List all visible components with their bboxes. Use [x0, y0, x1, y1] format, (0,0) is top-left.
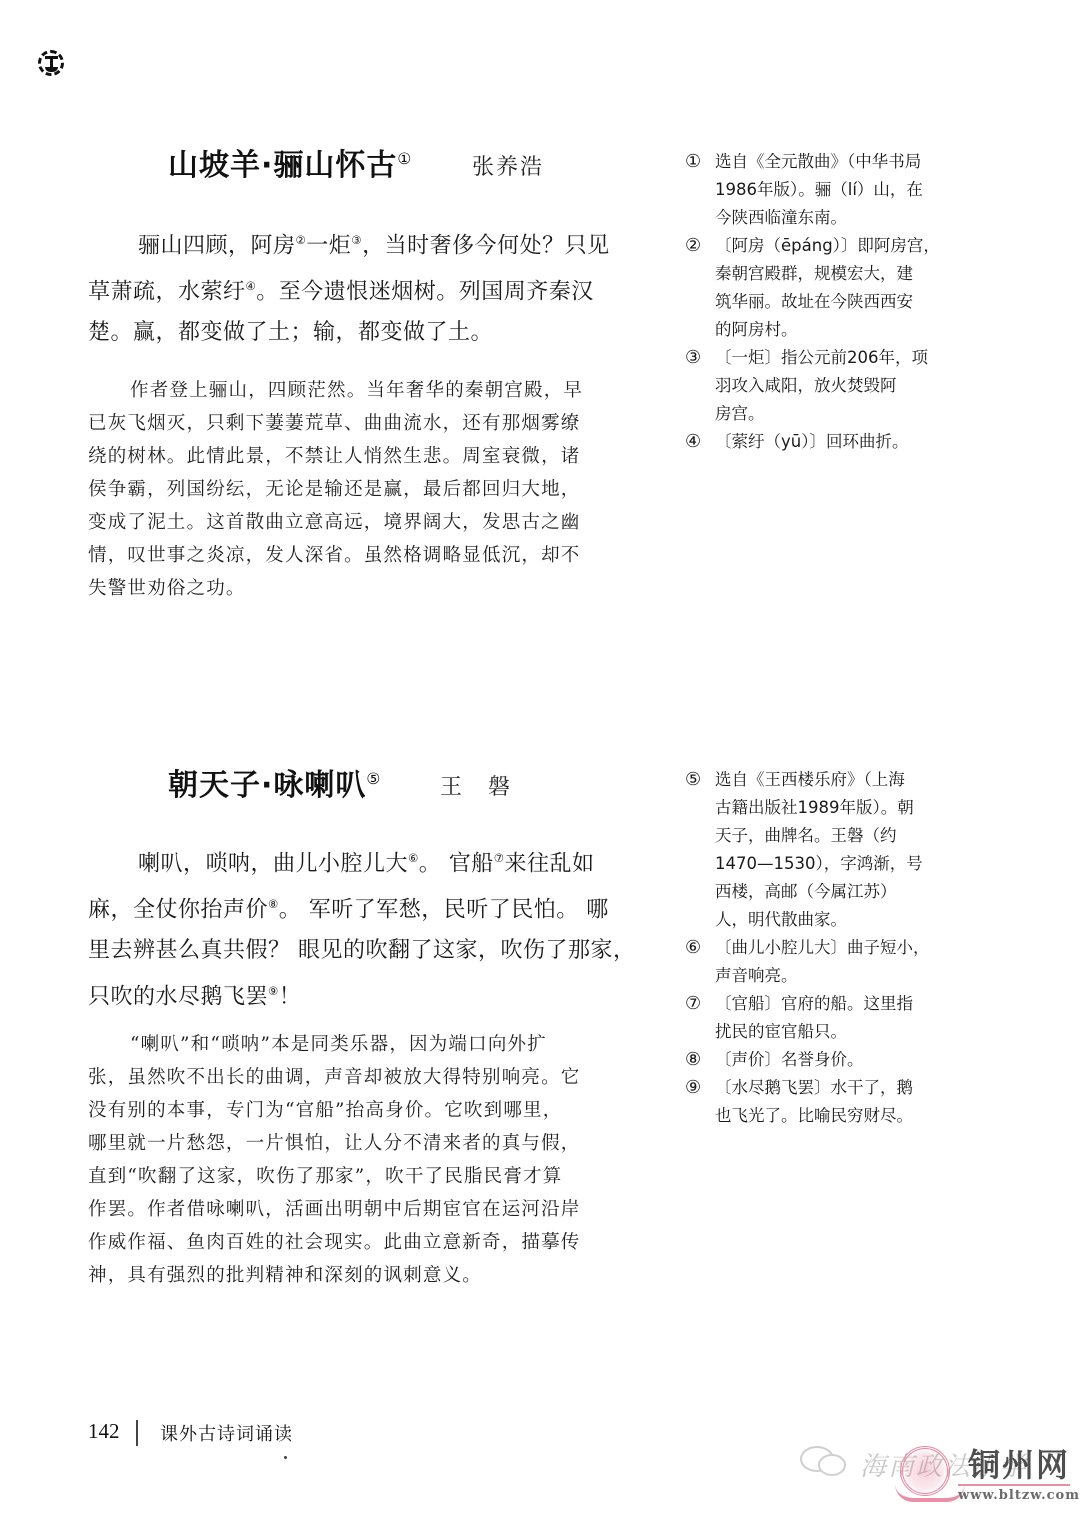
page-number: 142 — [88, 1419, 120, 1444]
commentary-line: 直到“吹翻了这家，吹伤了那家”，吹干了民脂民膏才算 — [88, 1160, 648, 1193]
commentary-line: 作罢。作者借咏喇叭，活画出明朝中后期宦官在运河沿岸 — [88, 1193, 648, 1226]
footnote-marker[interactable]: ⑨ — [268, 984, 279, 998]
commentary-line: 作者登上骊山，四顾茫然。当年奢华的秦朝宫殿，早 — [88, 374, 648, 407]
footnote-marker[interactable]: ④ — [246, 279, 257, 293]
footnote-marker[interactable]: ③ — [351, 233, 362, 247]
commentary-line: 侯争霸，列国纷纭，无论是输还是赢，最后都回归大地， — [88, 473, 648, 506]
commentary-line: 没有别的本事，专门为“官船”抬高身价。它吹到哪里， — [88, 1094, 648, 1127]
book-title: 课外古诗词诵读 — [160, 1420, 293, 1446]
footnote-3: ③ 〔一炬〕指公元前206年，项 羽攻入咸阳，放火焚毁阿 房宫。 — [685, 344, 955, 428]
commentary-line: 绕的树林。此情此景，不禁让人悄然生悲。周室衰微，诸 — [88, 440, 648, 473]
footnote-1: ① 选自《全元散曲》（中华书局 1986年版）。骊（lí）山，在 今陕西临潼东南… — [685, 148, 955, 232]
watermark: 海南政法小学 铜州网 www.bltzw.com — [800, 1440, 1080, 1518]
watermark-url: www.bltzw.com — [958, 1488, 1080, 1503]
footnotes: ⑤ 选自《王西楼乐府》（上海 古籍出版社1989年版）。朝 天子，曲牌名。王磐（… — [685, 766, 955, 1130]
poem-body: 骊山四顾，阿房②一炬③，当时奢侈今何处？只见 草萧疏，水萦纡④。至今遗恨迷烟树。… — [88, 220, 648, 353]
footnote-marker[interactable]: ⑦ — [494, 851, 505, 865]
commentary-line: 失警世劝俗之功。 — [88, 572, 648, 605]
footnote-8: ⑧ 〔声价〕名誉身价。 — [685, 1046, 955, 1074]
commentary: “喇叭”和“唢呐”本是同类乐器，因为端口向外扩 张，虽然吹不出长的曲调，声音却被… — [88, 1028, 648, 1292]
commentary-line: “喇叭”和“唢呐”本是同类乐器，因为端口向外扩 — [88, 1028, 648, 1061]
commentary-line: 变成了泥土。这首散曲立意高远，境界阔大，发思古之幽 — [88, 506, 648, 539]
footnote-4: ④ 〔萦纡（yū）〕回环曲折。 — [685, 428, 955, 456]
poem-body: 喇叭，唢呐，曲儿小腔儿大⑥。 官船⑦来往乱如 麻，全仗你抬声价⑧。 军听了军愁，… — [88, 838, 648, 1017]
footnote-marker[interactable]: ① — [397, 150, 412, 168]
commentary-line: 已灰飞烟灭，只剩下萋萋荒草、曲曲流水，还有那烟雾缭 — [88, 407, 648, 440]
poem-title-text: 朝天子·咏喇叭 — [168, 768, 366, 803]
poem-title-text: 山坡羊·骊山怀古 — [168, 148, 397, 183]
poem-author: 张养浩 — [472, 150, 544, 181]
footnote-9: ⑨ 〔水尽鹅飞罢〕水干了，鹅 也飞光了。比喻民穷财尽。 — [685, 1074, 955, 1130]
footnote-marker[interactable]: ⑤ — [366, 770, 381, 788]
poem-line: 喇叭，唢呐，曲儿小腔儿大⑥。 官船⑦来往乱如 — [88, 838, 648, 884]
footnote-marker[interactable]: ⑥ — [408, 851, 419, 865]
poem-line: 只吹的水尽鹅飞罢⑨！ — [88, 971, 648, 1017]
commentary-line: 作威作福、鱼肉百姓的社会现实。此曲立意新奇，描摹传 — [88, 1226, 648, 1259]
section-mark-icon — [38, 50, 64, 76]
footnote-marker[interactable]: ② — [296, 233, 307, 247]
scan-speck — [284, 1456, 287, 1459]
watermark-underline — [958, 1484, 1070, 1486]
poem-line: 麻，全仗你抬声价⑧。 军听了军愁，民听了民怕。 哪 — [88, 884, 648, 930]
footnote-7: ⑦ 〔官船〕官府的船。这里指 扰民的宦官船只。 — [685, 990, 955, 1046]
footnotes: ① 选自《全元散曲》（中华书局 1986年版）。骊（lí）山，在 今陕西临潼东南… — [685, 148, 955, 456]
footer-divider — [136, 1420, 138, 1446]
commentary-line: 哪里就一片愁怨，一片惧怕，让人分不清来者的真与假， — [88, 1127, 648, 1160]
watermark-brand: 铜州网 — [968, 1440, 1070, 1486]
poem-title: 山坡羊·骊山怀古① — [168, 140, 412, 184]
poem-title: 朝天子·咏喇叭⑤ — [168, 760, 381, 804]
wechat-icon-bubble — [818, 1454, 846, 1476]
commentary-line: 神，具有强烈的批判精神和深刻的讽刺意义。 — [88, 1259, 648, 1292]
poem-line: 草萧疏，水萦纡④。至今遗恨迷烟树。列国周齐秦汉 — [88, 266, 648, 312]
footnote-6: ⑥ 〔曲儿小腔儿大〕曲子短小， 声音响亮。 — [685, 934, 955, 990]
footnote-2: ② 〔阿房（ēpáng）〕即阿房宫， 秦朝宫殿群，规模宏大，建 筑华丽。故址在今… — [685, 232, 955, 344]
footnote-marker[interactable]: ⑧ — [268, 897, 279, 911]
commentary: 作者登上骊山，四顾茫然。当年奢华的秦朝宫殿，早 已灰飞烟灭，只剩下萋萋荒草、曲曲… — [88, 374, 648, 605]
wave-logo-icon — [895, 1484, 965, 1502]
poem-line: 骊山四顾，阿房②一炬③，当时奢侈今何处？只见 — [88, 220, 648, 266]
commentary-line: 张，虽然吹不出长的曲调，声音却被放大得特别响亮。它 — [88, 1061, 648, 1094]
poem-author: 王 磐 — [440, 770, 512, 801]
poem-line: 里去辨甚么真共假？ 眼见的吹翻了这家，吹伤了那家， — [88, 931, 648, 971]
commentary-line: 情，叹世事之炎凉，发人深省。虽然格调略显低沉，却不 — [88, 539, 648, 572]
poem-line: 楚。赢，都变做了土；输，都变做了土。 — [88, 313, 648, 353]
footnote-5: ⑤ 选自《王西楼乐府》（上海 古籍出版社1989年版）。朝 天子，曲牌名。王磐（… — [685, 766, 955, 934]
